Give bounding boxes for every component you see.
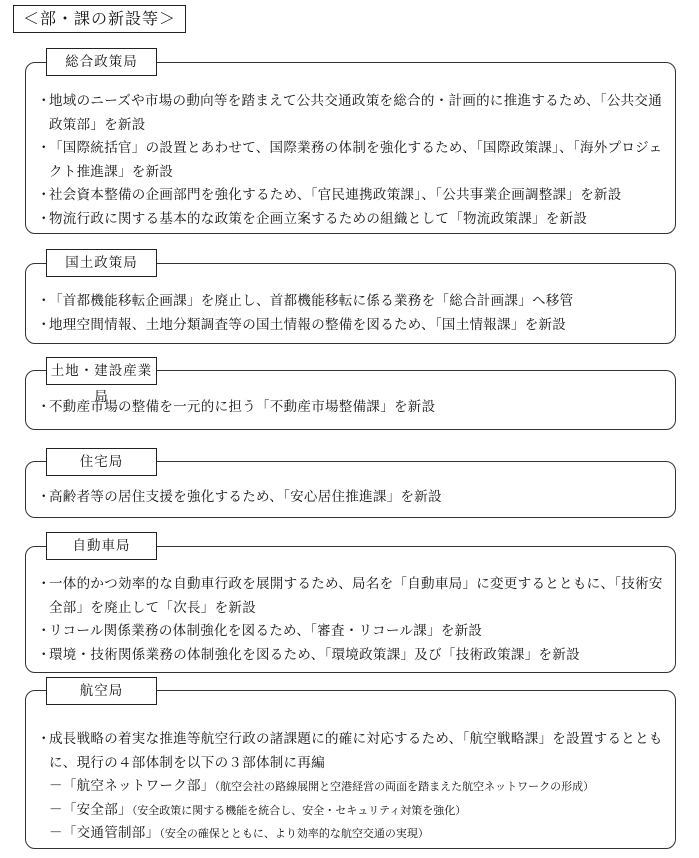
dash-icon: － — [49, 802, 63, 818]
list-item: ・不動産市場の整備を一元的に担う「不動産市場整備課」を新設 — [37, 396, 666, 420]
dash-icon: － — [49, 825, 63, 841]
list-item: ・成長戦略の着実な推進等航空行政の諸課題に的確に対応するため、「航空戦略課」を設… — [37, 728, 666, 775]
list-item: ・地理空間情報、土地分類調査等の国土情報の整備を図るため、「国土情報課」を新設 — [37, 314, 666, 338]
list-item: ・社会資本整備の企画部門を強化するため、「官民連携政策課」、「公共事業企画調整課… — [37, 184, 666, 208]
department-name: 「航空ネットワーク部」 — [63, 778, 215, 794]
bullet-icon: ・ — [37, 314, 51, 338]
list-item: ・「国際統括官」の設置とあわせて、国際業務の体制を強化するため、「国際政策課」、… — [37, 137, 666, 184]
department-note: （安全政策に関する機能を統合し、安全・セキュリティ対策を強化） — [132, 804, 466, 817]
sub-item: －「航空ネットワーク部」（航空会社の路線展開と空港経営の両面を踏まえた航空ネット… — [37, 775, 666, 799]
department-name: 「安全部」 — [63, 802, 132, 818]
section-tochi-kensetsu: 土地・建設産業局 ・不動産市場の整備を一元的に担う「不動産市場整備課」を新設 — [25, 357, 676, 430]
list-item: ・環境・技術関係業務の体制強化を図るため、「環境政策課」及び「技術政策課」を新設 — [37, 644, 666, 668]
list-item: ・高齢者等の居住支援を強化するため、「安心居住推進課」を新設 — [37, 486, 666, 510]
bullet-icon: ・ — [37, 290, 51, 314]
department-name: 「交通管制部」 — [63, 825, 160, 841]
item-list: ・一体的かつ効率的な自動車行政を展開するため、局名を「自動車局」に変更するととも… — [37, 573, 666, 667]
list-item: ・リコール関係業務の体制強化を図るため、「審査・リコール課」を新設 — [37, 620, 666, 644]
item-list: ・不動産市場の整備を一元的に担う「不動産市場整備課」を新設 — [37, 396, 666, 420]
section-sogo-seisaku: 総合政策局 ・地域のニーズや市場の動向等を踏まえて公共交通政策を総合的・計画的に… — [25, 48, 676, 234]
department-note: （航空会社の路線展開と空港経営の両面を踏まえた航空ネットワークの形成） — [215, 780, 595, 793]
list-item: ・物流行政に関する基本的な政策を企画立案するための組織として「物流政策課」を新設 — [37, 208, 666, 232]
item-list: ・「首都機能移転企画課」を廃止し、首都機能移転に係る業務を「総合計画課」へ移管 … — [37, 290, 666, 337]
item-list: ・地域のニーズや市場の動向等を踏まえて公共交通政策を総合的・計画的に推進するため… — [37, 90, 666, 231]
bullet-icon: ・ — [37, 184, 51, 208]
list-item: ・「首都機能移転企画課」を廃止し、首都機能移転に係る業務を「総合計画課」へ移管 — [37, 290, 666, 314]
section-jidosha: 自動車局 ・一体的かつ効率的な自動車行政を展開するため、局名を「自動車局」に変更… — [25, 532, 676, 673]
section-label: 土地・建設産業局 — [46, 357, 157, 385]
bullet-icon: ・ — [37, 396, 51, 420]
dash-icon: － — [49, 778, 63, 794]
section-label: 住宅局 — [46, 448, 157, 476]
bullet-icon: ・ — [37, 486, 51, 510]
page-title: ＜部・課の新設等＞ — [13, 5, 186, 33]
bullet-icon: ・ — [37, 90, 51, 114]
list-item: ・一体的かつ効率的な自動車行政を展開するため、局名を「自動車局」に変更するととも… — [37, 573, 666, 620]
bullet-icon: ・ — [37, 644, 51, 668]
section-label: 国土政策局 — [46, 249, 157, 277]
bullet-icon: ・ — [37, 620, 51, 644]
item-list: ・成長戦略の着実な推進等航空行政の諸課題に的確に対応するため、「航空戦略課」を設… — [37, 728, 666, 846]
section-jutaku: 住宅局 ・高齢者等の居住支援を強化するため、「安心居住推進課」を新設 — [25, 448, 676, 518]
item-list: ・高齢者等の居住支援を強化するため、「安心居住推進課」を新設 — [37, 486, 666, 510]
section-label: 航空局 — [46, 677, 157, 705]
section-kokudo-seisaku: 国土政策局 ・「首都機能移転企画課」を廃止し、首都機能移転に係る業務を「総合計画… — [25, 249, 676, 344]
section-label: 自動車局 — [46, 532, 157, 560]
department-note: （安全の確保とともに、より効率的な航空交通の実現） — [159, 827, 429, 840]
bullet-icon: ・ — [37, 137, 51, 161]
section-label: 総合政策局 — [46, 48, 157, 76]
bullet-icon: ・ — [37, 208, 51, 232]
section-koku: 航空局 ・成長戦略の着実な推進等航空行政の諸課題に的確に対応するため、「航空戦略… — [25, 677, 676, 849]
sub-item: －「交通管制部」（安全の確保とともに、より効率的な航空交通の実現） — [37, 822, 666, 846]
sub-item: －「安全部」（安全政策に関する機能を統合し、安全・セキュリティ対策を強化） — [37, 799, 666, 823]
bullet-icon: ・ — [37, 573, 51, 597]
list-item: ・地域のニーズや市場の動向等を踏まえて公共交通政策を総合的・計画的に推進するため… — [37, 90, 666, 137]
bullet-icon: ・ — [37, 728, 51, 752]
